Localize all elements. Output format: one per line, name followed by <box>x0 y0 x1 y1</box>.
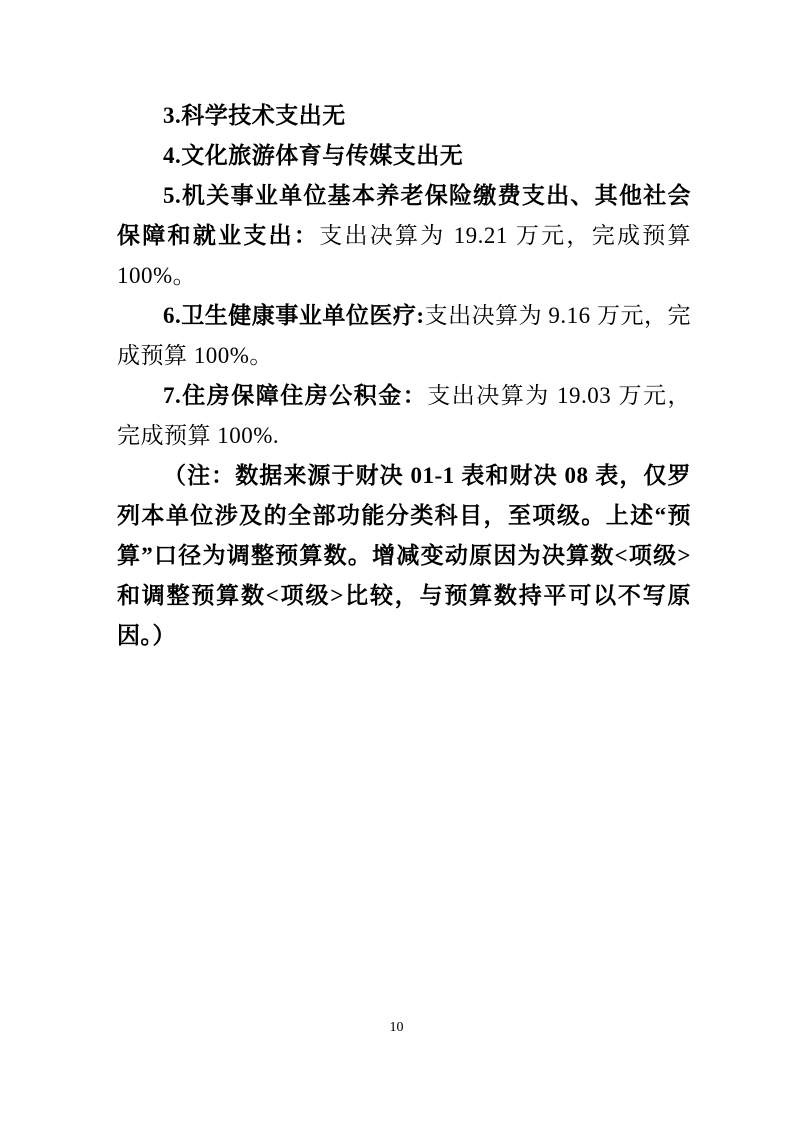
item-heading: 7.住房保障住房公积金： <box>163 383 427 408</box>
expense-item-7: 7.住房保障住房公积金：支出决算为 19.03 万元，完成预算 100%. <box>117 376 691 456</box>
document-page: 3.科学技术支出无 4.文化旅游体育与传媒支出无 5.机关事业单位基本养老保险缴… <box>0 0 793 1122</box>
expense-item-3: 3.科学技术支出无 <box>117 96 691 136</box>
expense-item-6: 6.卫生健康事业单位医疗:支出决算为 9.16 万元，完成预算 100%。 <box>117 296 691 376</box>
item-heading: 4.文化旅游体育与传媒支出无 <box>163 143 463 168</box>
page-content: 3.科学技术支出无 4.文化旅游体育与传媒支出无 5.机关事业单位基本养老保险缴… <box>117 96 691 656</box>
expense-item-5: 5.机关事业单位基本养老保险缴费支出、其他社会保障和就业支出：支出决算为 19.… <box>117 176 691 296</box>
item-heading: 3.科学技术支出无 <box>163 103 346 128</box>
page-number: 10 <box>0 1020 793 1036</box>
expense-item-4: 4.文化旅游体育与传媒支出无 <box>117 136 691 176</box>
item-heading: 6.卫生健康事业单位医疗: <box>163 303 425 328</box>
note-paragraph: （注：数据来源于财决 01-1 表和财决 08 表，仅罗列本单位涉及的全部功能分… <box>117 456 691 656</box>
